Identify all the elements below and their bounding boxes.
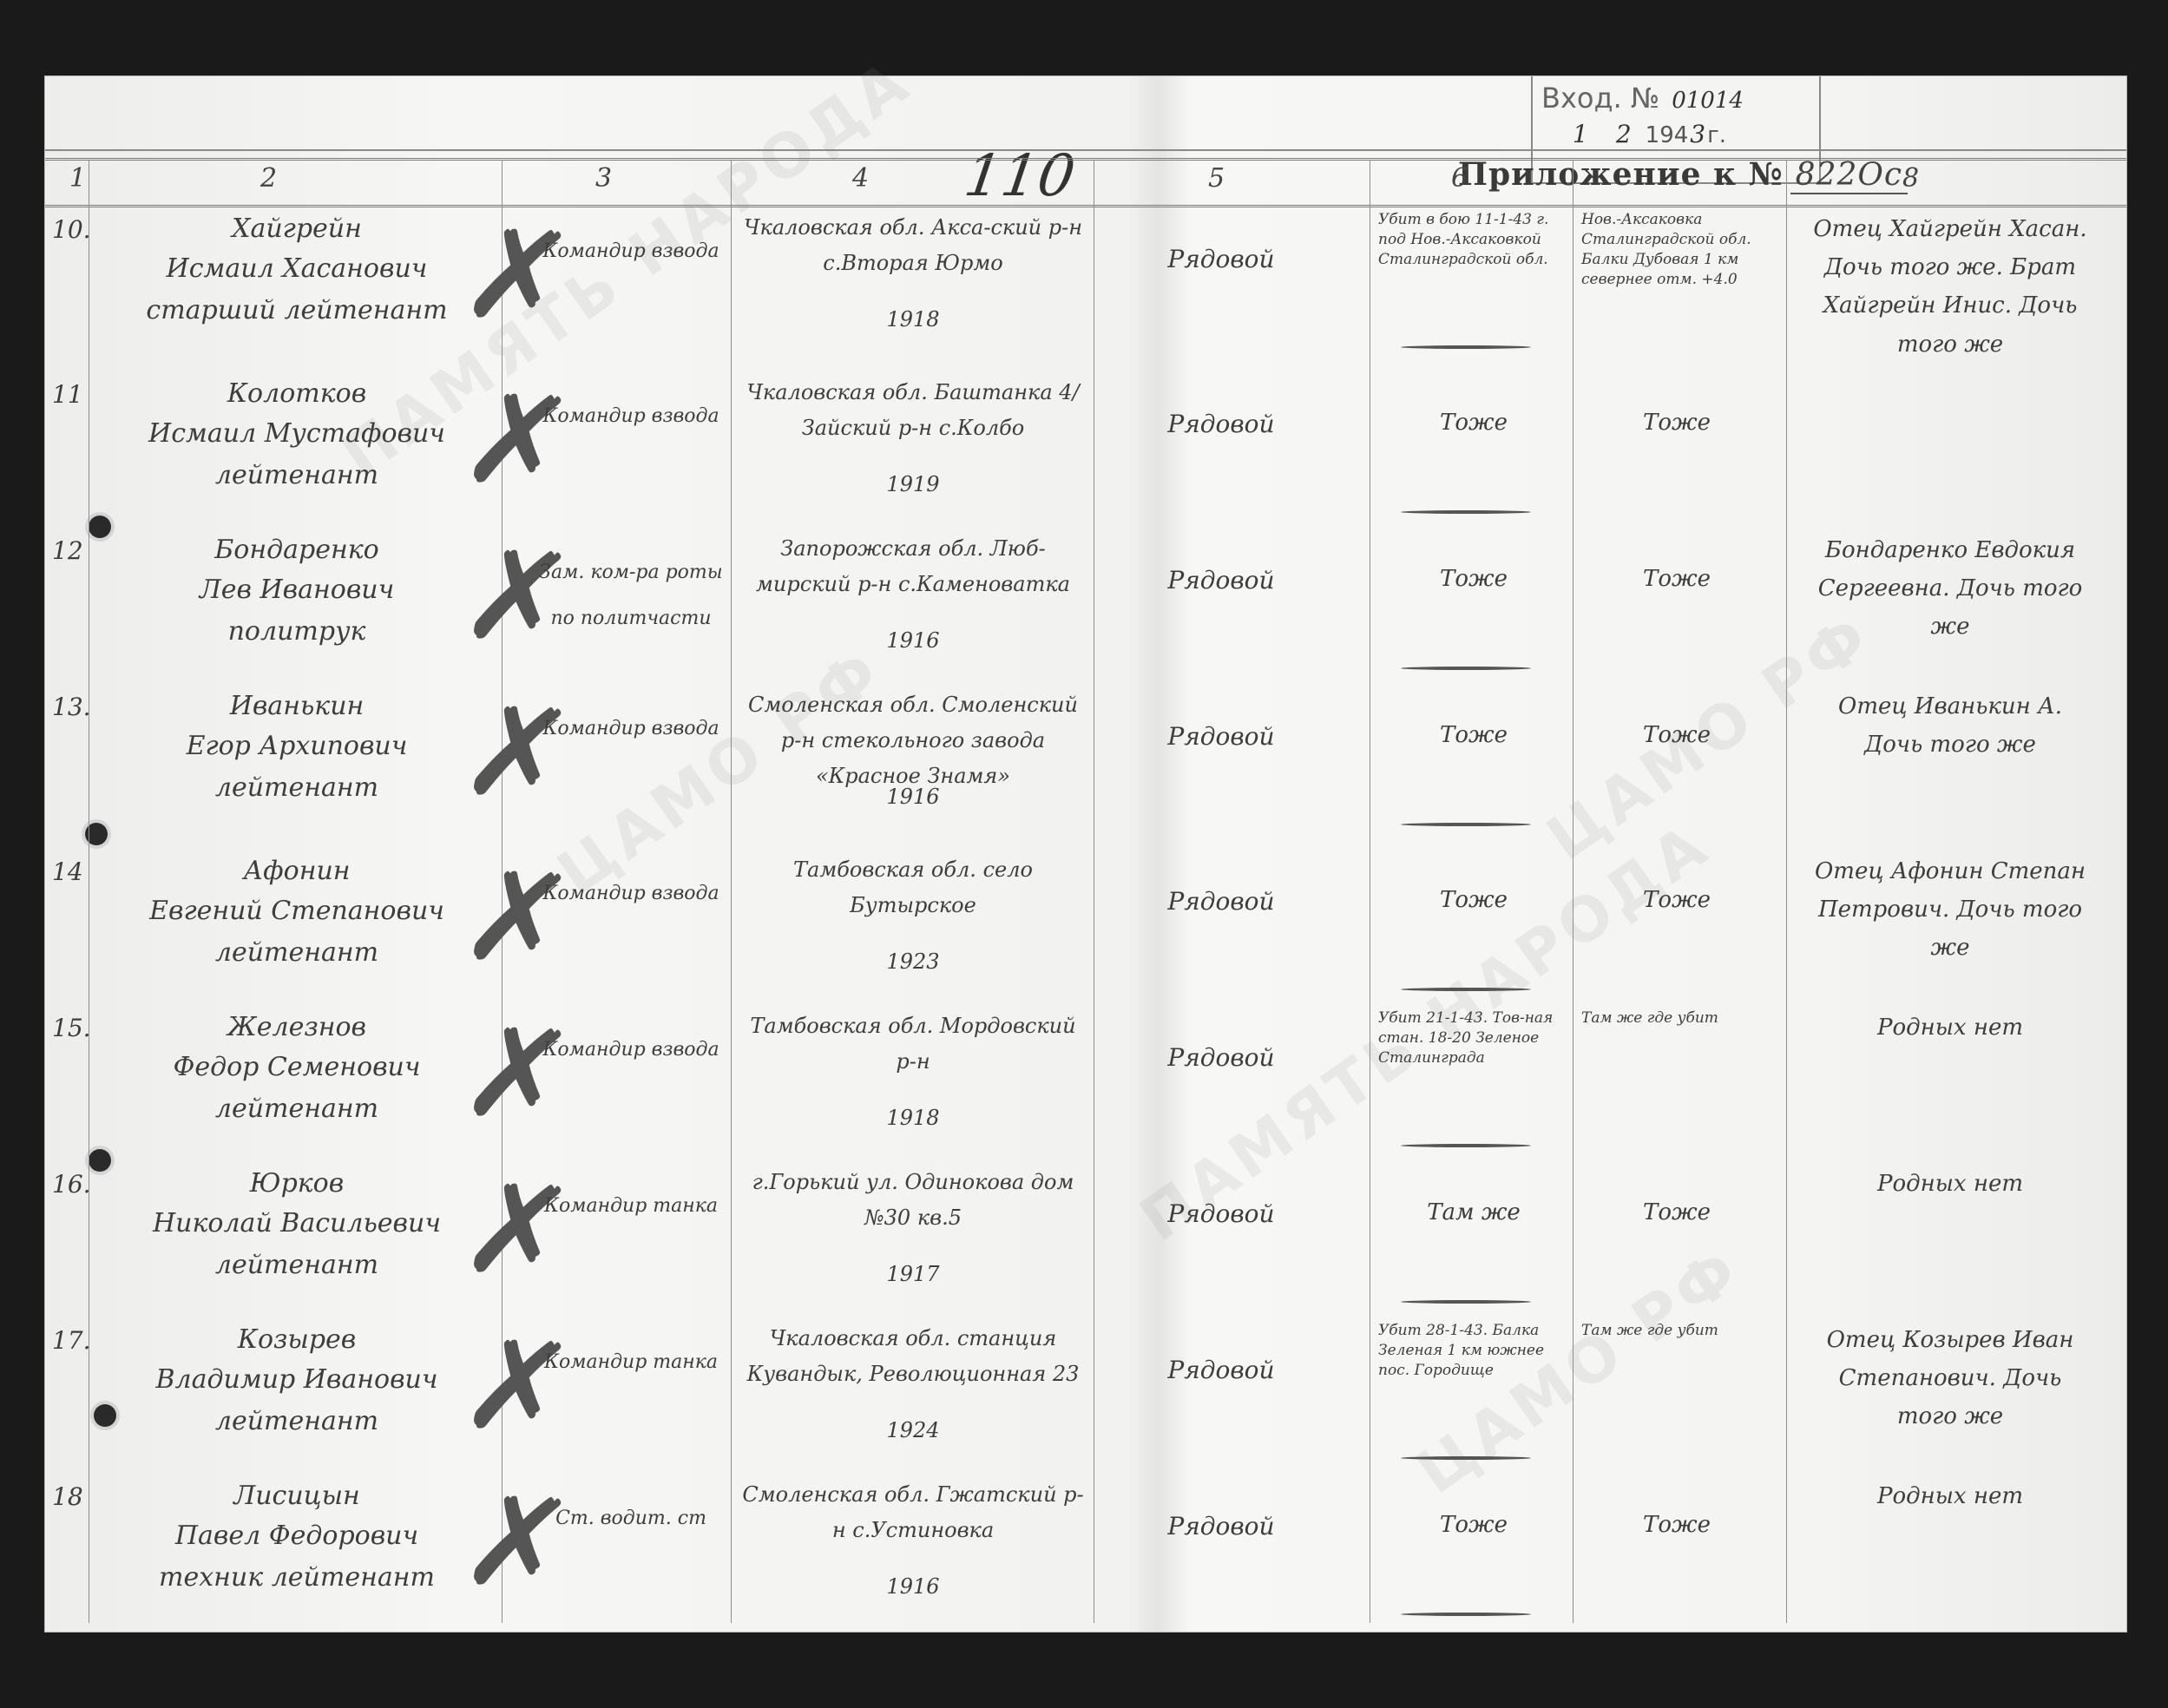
soldier-surname: Юрков — [115, 1163, 479, 1205]
soldier-position: Ст. водит. ст — [531, 1496, 731, 1542]
stamp-year-prefix: 194 — [1646, 122, 1689, 148]
row-number: 11 — [52, 378, 83, 411]
column-divider — [1094, 160, 1094, 1623]
next-of-kin: Отец Афонин Степан Петрович. Дочь того ж… — [1807, 852, 2093, 968]
check-mark-icon: ✗ — [455, 1316, 581, 1460]
binder-hole — [94, 1404, 116, 1427]
soldier-rank: техник лейтенант — [115, 1557, 479, 1599]
birth-year: 1924 — [739, 1413, 1087, 1449]
row-number: 10. — [52, 213, 91, 246]
column-number-6: 6 — [1451, 163, 1468, 194]
column-divider — [89, 160, 89, 1623]
check-mark-icon: ✗ — [455, 370, 581, 514]
circumstances-of-death: Тоже — [1378, 885, 1569, 916]
soldier-rank: лейтенант — [115, 1088, 479, 1130]
column-number-4: 4 — [852, 163, 869, 194]
soldier-surname: Лисицын — [115, 1475, 479, 1517]
soldier-surname: Козырев — [115, 1319, 479, 1361]
burial-place: Тоже — [1581, 885, 1772, 916]
ditto-stroke — [1401, 510, 1531, 514]
soldier-given-names: Лев Иванович — [115, 569, 479, 611]
stamp-number: 01014 — [1672, 88, 1744, 114]
birth-year: 1923 — [739, 944, 1087, 980]
column-divider — [1786, 160, 1787, 1623]
birth-year: 1919 — [739, 467, 1087, 503]
column-number-8: 8 — [1902, 163, 1919, 194]
service-status: Рядовой — [1121, 1198, 1321, 1231]
service-status: Рядовой — [1121, 564, 1321, 597]
service-status: Рядовой — [1121, 1041, 1321, 1074]
birth-place: Смоленская обл. Гжатский р-н с.Устиновка — [739, 1477, 1087, 1548]
row-number: 15. — [52, 1012, 91, 1045]
ditto-stroke — [1401, 988, 1531, 991]
header-rule-bottom — [45, 205, 2126, 207]
row-number: 18 — [52, 1481, 83, 1514]
ditto-stroke — [1401, 1144, 1531, 1147]
soldier-surname: Бондаренко — [115, 529, 479, 571]
soldier-rank: лейтенант — [115, 1401, 479, 1442]
service-status: Рядовой — [1121, 243, 1321, 276]
ditto-stroke — [1401, 1613, 1531, 1616]
birth-place: Тамбовская обл. Мордовский р-н — [739, 1008, 1087, 1080]
soldier-surname: Иванькин — [115, 686, 479, 727]
soldier-given-names: Федор Семенович — [115, 1047, 479, 1088]
row-number: 12 — [52, 535, 83, 568]
ditto-stroke — [1401, 1300, 1531, 1304]
check-mark-icon: ✗ — [455, 205, 581, 349]
circumstances-of-death: Убит в бою 11-1-43 г. под Нов.-Аксаковко… — [1378, 210, 1569, 270]
column-divider — [1370, 160, 1370, 1623]
ditto-stroke — [1401, 823, 1531, 826]
column-divider — [1573, 160, 1573, 1623]
soldier-position: Командир взвода — [531, 394, 731, 440]
check-mark-icon: ✗ — [455, 1159, 581, 1304]
soldier-given-names: Павел Федорович — [115, 1515, 479, 1557]
birth-place: Чкаловская обл. станция Кувандык, Револю… — [739, 1321, 1087, 1392]
birth-year: 1916 — [739, 779, 1087, 815]
soldier-position: Командир взвода — [531, 229, 731, 275]
soldier-rank: лейтенант — [115, 932, 479, 974]
birth-place: Тамбовская обл. село Бутырское — [739, 852, 1087, 923]
row-number: 16. — [52, 1168, 91, 1201]
burial-place: Тоже — [1581, 720, 1772, 751]
next-of-kin: Отец Иванькин А. Дочь того же — [1807, 687, 2093, 764]
birth-place: Чкаловская обл. Баштанка 4/ Зайский р-н … — [739, 375, 1087, 446]
soldier-given-names: Исмаил Хасанович — [115, 248, 479, 290]
column-number-5: 5 — [1208, 163, 1225, 194]
service-status: Рядовой — [1121, 885, 1321, 918]
soldier-surname: Колотков — [115, 373, 479, 415]
soldier-position: Командир танка — [531, 1184, 731, 1230]
ditto-stroke — [1401, 667, 1531, 670]
column-number-1: 1 — [69, 163, 86, 194]
ditto-stroke — [1401, 1456, 1531, 1460]
birth-year: 1916 — [739, 623, 1087, 659]
soldier-given-names: Егор Архипович — [115, 726, 479, 767]
soldier-rank: старший лейтенант — [115, 290, 479, 332]
burial-place: Там же где убит — [1581, 1321, 1772, 1341]
check-mark-icon: ✗ — [455, 1003, 581, 1147]
row-number: 17. — [52, 1324, 91, 1357]
birth-year: 1917 — [739, 1257, 1087, 1292]
circumstances-of-death: Убит 21-1-43. Тов-ная стан. 18-20 Зелено… — [1378, 1008, 1569, 1068]
circumstances-of-death: Тоже — [1378, 1510, 1569, 1540]
row-number: 14 — [52, 856, 83, 889]
soldier-position: Командир танка — [531, 1340, 731, 1386]
soldier-rank: лейтенант — [115, 455, 479, 496]
circumstances-of-death: Убит 28-1-43. Балка Зеленая 1 км южнее п… — [1378, 1321, 1569, 1381]
birth-place: г.Горький ул. Одинокова дом №30 кв.5 — [739, 1165, 1087, 1236]
birth-place: Смоленская обл. Смоленский р-н стекольно… — [739, 687, 1087, 793]
column-divider — [731, 160, 732, 1623]
soldier-given-names: Евгений Степанович — [115, 890, 479, 932]
service-status: Рядовой — [1121, 408, 1321, 441]
row-number: 13. — [52, 691, 91, 724]
next-of-kin: Отец Козырев Иван Степанович. Дочь того … — [1807, 1321, 2093, 1436]
ditto-stroke — [1401, 345, 1531, 349]
birth-year: 1918 — [739, 1100, 1087, 1136]
stamp-day: 1 — [1573, 120, 1588, 148]
soldier-surname: Железнов — [115, 1007, 479, 1048]
soldier-position: Командир взвода — [531, 871, 731, 917]
service-status: Рядовой — [1121, 720, 1321, 753]
birth-year: 1916 — [739, 1569, 1087, 1605]
check-mark-icon: ✗ — [455, 682, 581, 826]
soldier-given-names: Владимир Иванович — [115, 1359, 479, 1401]
binder-hole — [89, 1149, 111, 1172]
column-number-3: 3 — [595, 163, 612, 194]
burial-place: Тоже — [1581, 564, 1772, 595]
birth-place: Чкаловская обл. Акса-ский р-н с.Вторая Ю… — [739, 210, 1087, 281]
soldier-surname: Афонин — [115, 851, 479, 892]
soldier-rank: лейтенант — [115, 1245, 479, 1286]
archival-document-sheet: ПАМЯТЬ НАРОДА ЦАМО РФ ПАМЯТЬ НАРОДА ЦАМО… — [45, 76, 2126, 1632]
burial-place: Тоже — [1581, 408, 1772, 438]
appendix-reference: Приложение к №822Ос — [1458, 156, 1908, 193]
birth-place: Запорожская обл. Люб-мирский р-н с.Камен… — [739, 531, 1087, 602]
circumstances-of-death: Тоже — [1378, 720, 1569, 751]
soldier-surname: Хайгрейн — [115, 208, 479, 250]
check-mark-icon: ✗ — [455, 847, 581, 991]
column-number-2: 2 — [260, 163, 277, 194]
stamp-year-hand: 3 — [1690, 120, 1705, 148]
soldier-given-names: Николай Васильевич — [115, 1203, 479, 1245]
soldier-rank: лейтенант — [115, 767, 479, 809]
next-of-kin: Отец Хайгрейн Хасан. Дочь того же. Брат … — [1807, 210, 2093, 364]
burial-place: Тоже — [1581, 1198, 1772, 1228]
header-rule-top-double — [45, 158, 2126, 161]
service-status: Рядовой — [1121, 1354, 1321, 1387]
circumstances-of-death: Там же — [1378, 1198, 1569, 1228]
next-of-kin: Родных нет — [1807, 1165, 2093, 1203]
birth-year: 1918 — [739, 302, 1087, 338]
appendix-label: Приложение к № — [1458, 156, 1784, 193]
next-of-kin: Родных нет — [1807, 1477, 2093, 1515]
burial-place: Нов.-Аксаковка Сталинградской обл. Балки… — [1581, 210, 1772, 290]
service-status: Рядовой — [1121, 1510, 1321, 1543]
soldier-rank: политрук — [115, 611, 479, 653]
next-of-kin: Бондаренко Евдокия Сергеевна. Дочь того … — [1807, 531, 2093, 647]
stamp-label: Вход. № — [1541, 82, 1659, 115]
burial-place: Там же где убит — [1581, 1008, 1772, 1028]
circumstances-of-death: Тоже — [1378, 564, 1569, 595]
header-rule-top — [45, 149, 2126, 151]
soldier-position: Командир взвода — [531, 706, 731, 752]
check-mark-icon: ✗ — [455, 1472, 581, 1616]
page-number: 110 — [961, 142, 1080, 209]
burial-place: Тоже — [1581, 1510, 1772, 1540]
soldier-position: Зам. ком-ра роты по политчасти — [531, 550, 731, 642]
stamp-month: 2 — [1616, 120, 1632, 148]
binder-hole — [89, 516, 111, 538]
appendix-number: 822Ос — [1790, 157, 1908, 194]
circumstances-of-death: Тоже — [1378, 408, 1569, 438]
next-of-kin: Родных нет — [1807, 1008, 2093, 1047]
stamp-year-suffix: г. — [1707, 122, 1726, 148]
soldier-position: Командир взвода — [531, 1028, 731, 1074]
soldier-given-names: Исмаил Мустафович — [115, 413, 479, 455]
